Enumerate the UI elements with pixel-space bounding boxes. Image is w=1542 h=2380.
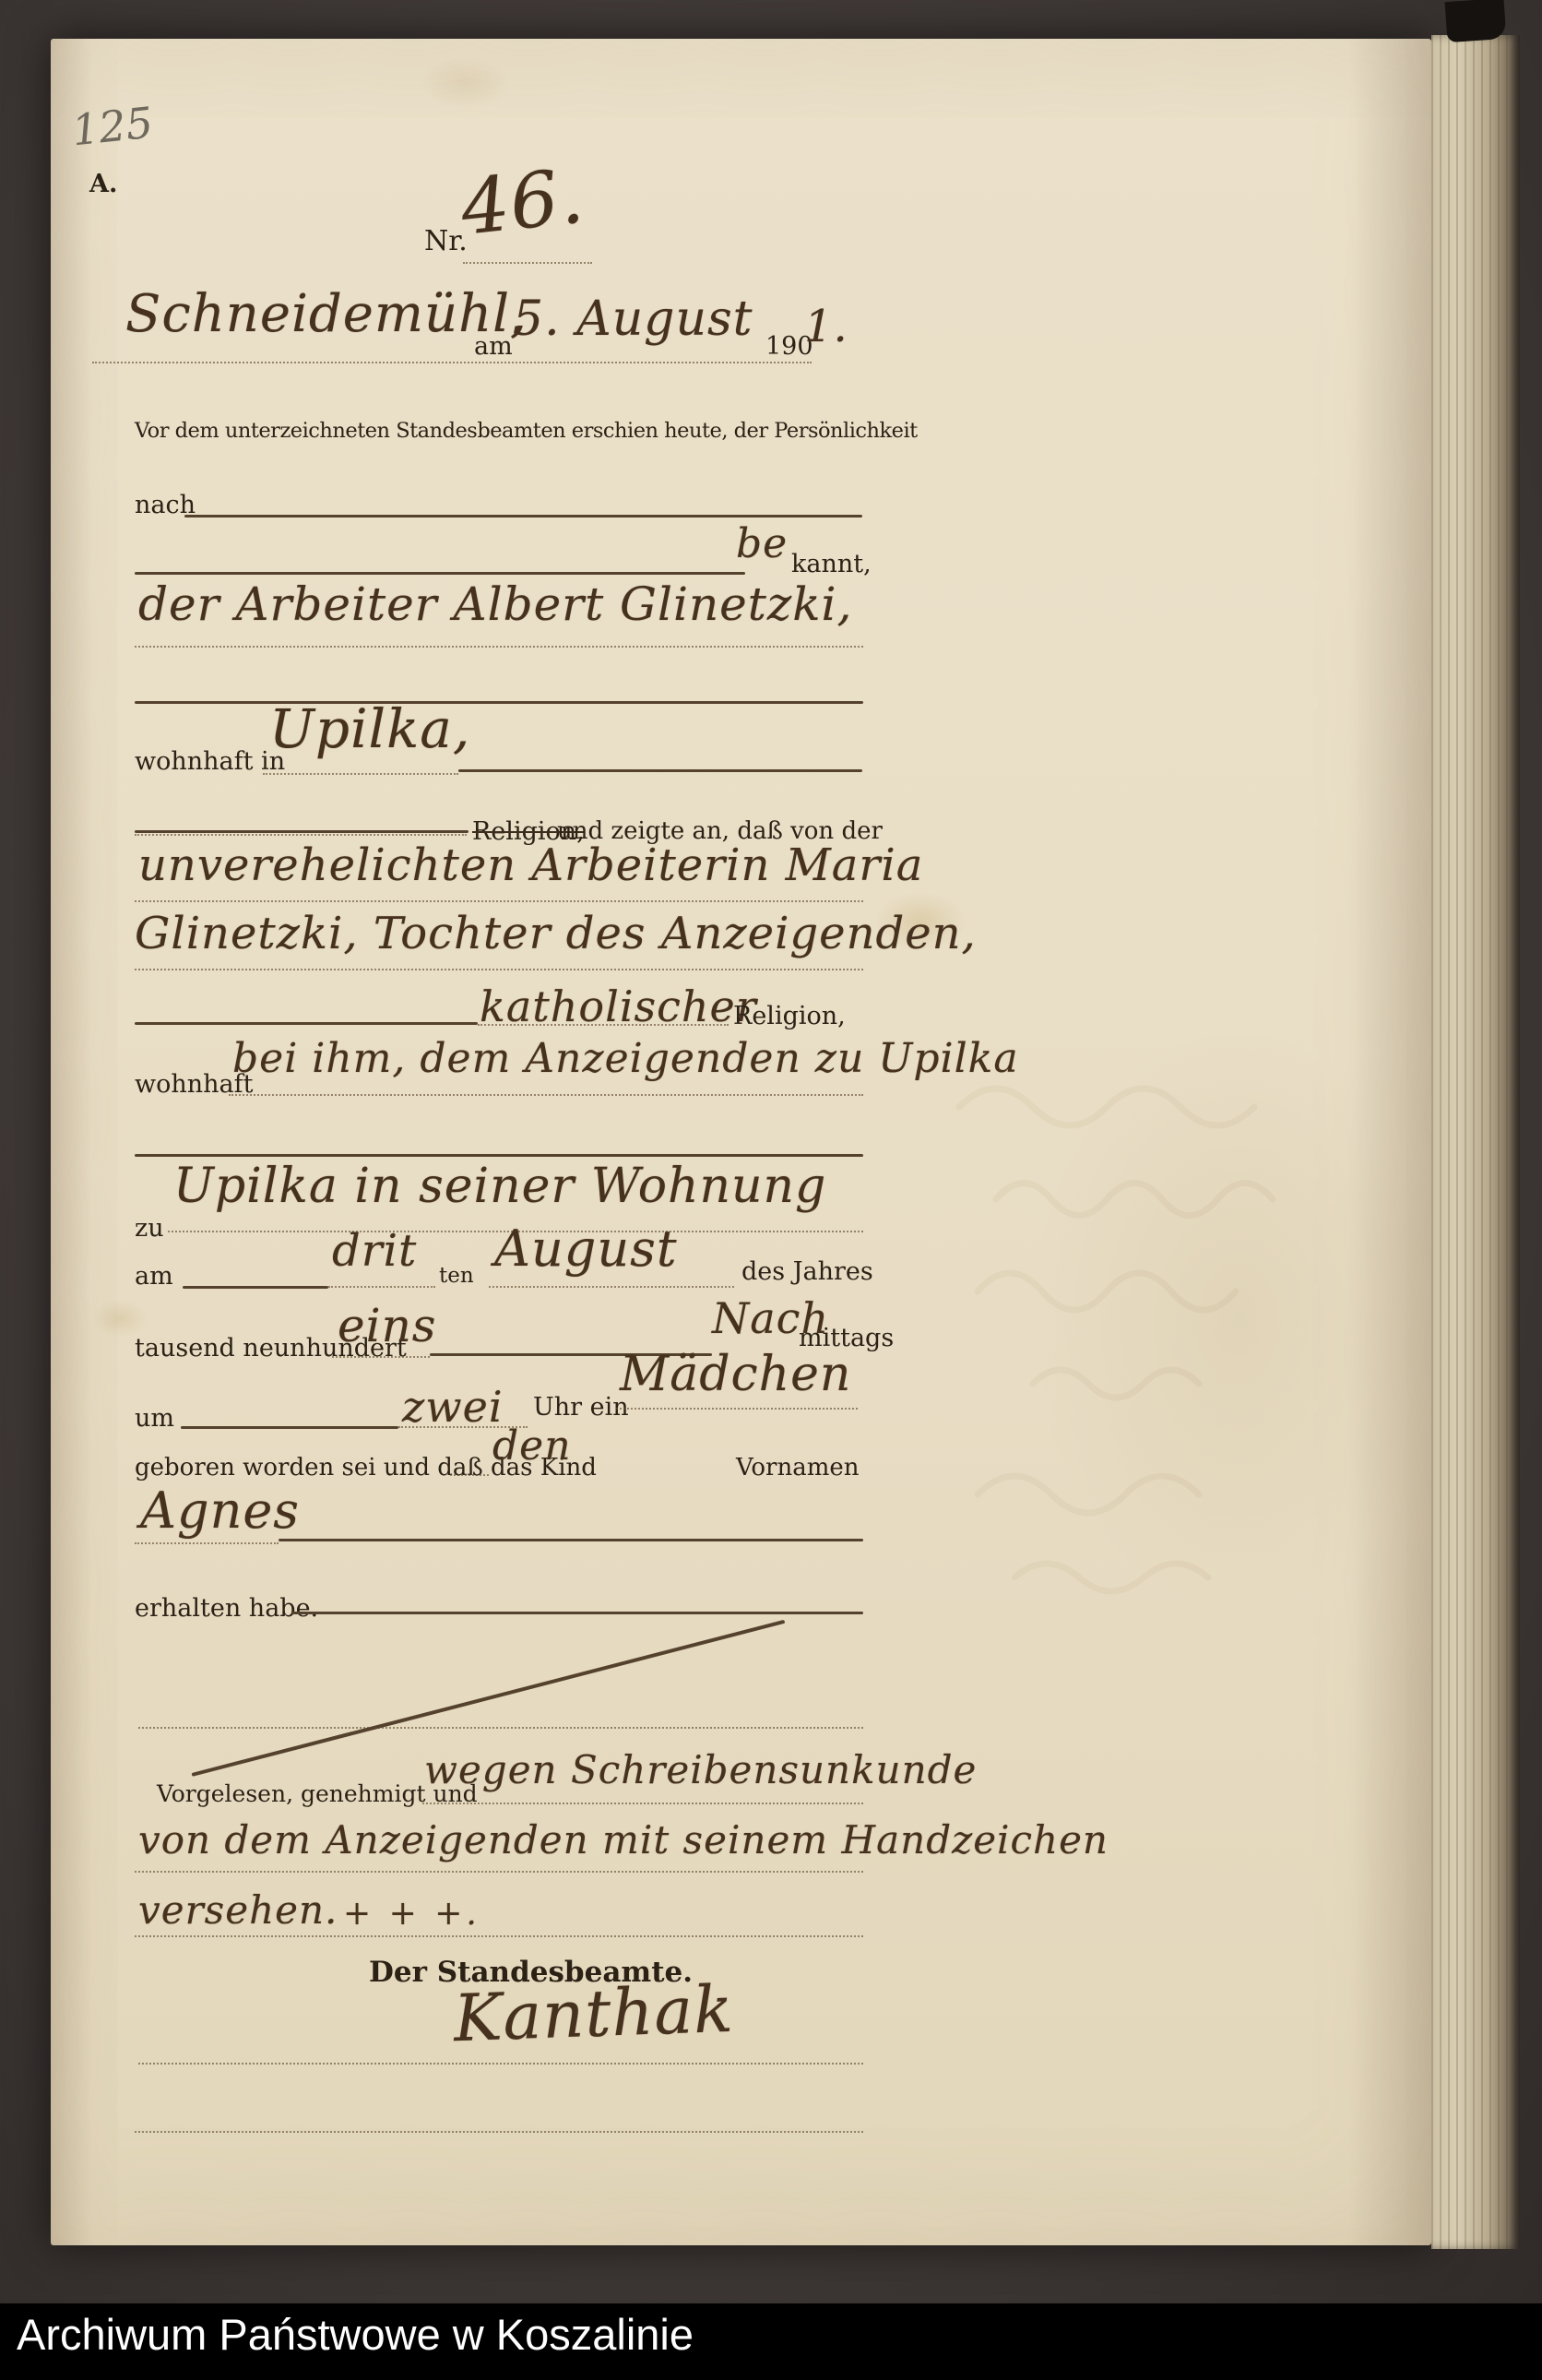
- book-fore-edge: [1431, 35, 1520, 2249]
- record-number-fill-line: [463, 262, 592, 264]
- bottom-dotted-line: [135, 2131, 863, 2133]
- mother-religion-fill-line: [135, 1022, 478, 1025]
- um-label: um: [135, 1404, 174, 1433]
- den-dotted: [450, 1474, 489, 1476]
- form-letter: A.: [89, 170, 117, 198]
- residence-fill-line: [458, 769, 862, 772]
- erhalten-blank-line: [291, 1612, 863, 1614]
- dateline-year-digit: 1.: [804, 301, 848, 352]
- first-name-hand: Agnes: [140, 1482, 300, 1540]
- pencil-page-number: 125: [69, 98, 155, 156]
- birth-day-hand: drit: [332, 1225, 417, 1277]
- closing-hand2: von dem Anzeigenden mit seinem Handzeich…: [138, 1817, 1109, 1862]
- empty-section-dotted: [138, 1727, 863, 1729]
- dateline-fill-line: [92, 362, 812, 363]
- hour-hand: zwei: [402, 1382, 504, 1432]
- nach-fill-line: [184, 515, 862, 518]
- wohnhaft-in-label: wohnhaft in: [135, 747, 285, 776]
- declarant-name: der Arbeiter Albert Glinetzki,: [138, 577, 852, 631]
- registrar-signature: Kanthak: [453, 1971, 735, 2057]
- blank-rule-1: [135, 701, 863, 704]
- birth-am-label: am: [135, 1262, 173, 1291]
- child-sex-dotted: [616, 1408, 858, 1410]
- closing-dotted-3: [135, 1935, 863, 1937]
- mother-residence-fill: [229, 1094, 863, 1096]
- declarant-residence: Upilka,: [269, 697, 470, 760]
- uhr-ein-label: Uhr ein: [533, 1393, 629, 1422]
- des-jahres-label: des Jahres: [741, 1257, 873, 1286]
- year-word-hand: eins: [338, 1299, 436, 1352]
- mother-line1: unverehelichten Arbeiterin Maria: [138, 839, 923, 891]
- bekannt-fill-line: [135, 572, 745, 575]
- bekannt-be-hand: be: [736, 520, 788, 567]
- birth-month-dotted: [489, 1286, 734, 1288]
- mother-line1-fill: [135, 900, 863, 902]
- erhalten-label: erhalten habe.: [135, 1594, 318, 1623]
- mother-line2-fill: [135, 969, 863, 970]
- birth-ten-label: ten: [439, 1264, 474, 1288]
- dateline-place: Schneidemühl,: [125, 284, 528, 344]
- mother-religion-dotted: [478, 1024, 729, 1026]
- intro-line: Vor dem unterzeichneten Standesbeamten e…: [135, 419, 918, 443]
- archive-name: Archiwum Państwowe w Koszalinie: [17, 2309, 694, 2360]
- religion-strike-line: [135, 830, 469, 833]
- versehen-hand: versehen.: [138, 1887, 338, 1933]
- record-number-value: 46.: [457, 152, 588, 252]
- binding-mark: [1445, 0, 1507, 42]
- bekannt-label: kannt,: [791, 550, 872, 578]
- first-name-dotted: [135, 1542, 279, 1544]
- child-sex-hand: Mädchen: [620, 1347, 851, 1402]
- religion-dotted-line: [135, 834, 467, 836]
- declarant-name-fill-line: [135, 646, 863, 648]
- dateline-day-month: 5. August: [513, 292, 753, 347]
- closing-dotted-1: [422, 1803, 863, 1804]
- handzeichen-marks: + + +.: [343, 1895, 480, 1933]
- residence-dotted-line: [263, 773, 458, 775]
- first-name-blank-line: [279, 1539, 863, 1541]
- birth-month-hand: August: [494, 1220, 678, 1278]
- birth-place: Upilka in seiner Wohnung: [173, 1159, 826, 1214]
- birth-day-dotted: [328, 1286, 435, 1288]
- dateline-am-label: am: [474, 332, 513, 361]
- mother-line2: Glinetzki, Tochter des Anzeigenden,: [135, 908, 977, 959]
- signature-dotted-line: [138, 2063, 863, 2065]
- den-hand: den: [492, 1422, 572, 1470]
- mother-residence: bei ihm, dem Anzeigenden zu Upilka: [232, 1035, 1019, 1082]
- hour-blank-line: [181, 1426, 398, 1429]
- ink-bleedthrough-smudge: [922, 996, 1402, 1642]
- closing-hand1: wegen Schreibensunkunde: [424, 1747, 977, 1792]
- closing-dotted-2: [135, 1871, 863, 1873]
- birth-day-blank-line: [183, 1286, 328, 1289]
- record-number-label: Nr.: [424, 225, 468, 257]
- zu-label: zu: [135, 1214, 164, 1243]
- blank-rule-2: [135, 1154, 863, 1157]
- mother-religion-label: Religion,: [733, 1002, 846, 1030]
- year-word-dotted: [332, 1356, 430, 1358]
- vornamen-label: Vornamen: [736, 1454, 860, 1482]
- scanned-register-page: { "pencil_note": "125", "form_letter": "…: [0, 0, 1542, 2380]
